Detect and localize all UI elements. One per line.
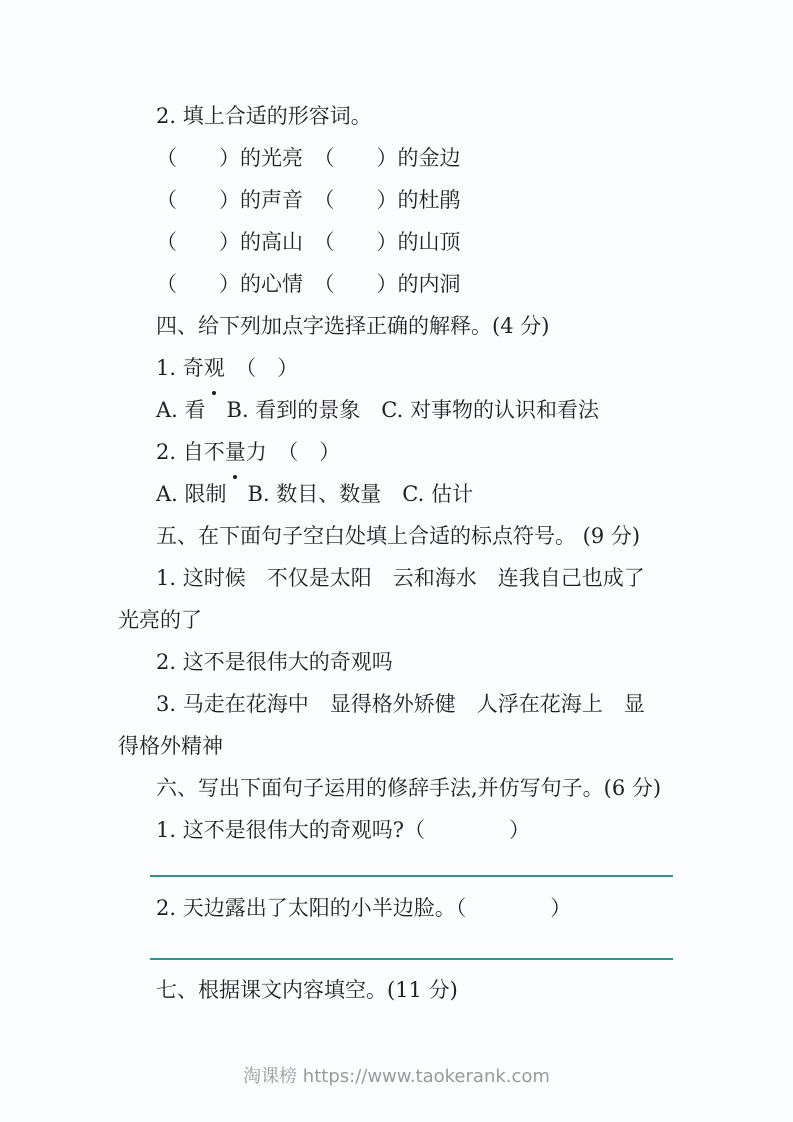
section5-question1: 1. 这时候 不仅是太阳 云和海水 连我自己也成了	[118, 557, 681, 599]
answer-parens: （ ）	[225, 356, 299, 380]
section5-question2: 2. 这不是很伟大的奇观吗	[118, 641, 681, 683]
section5-question3-continuation: 得格外精神	[118, 725, 681, 767]
answer-blank-line	[150, 875, 673, 877]
watermark-site-url: https://www.taokerank.com	[303, 1066, 550, 1087]
dotted-char: 观	[204, 347, 225, 389]
fill-adjectives-row: （ ）的声音 （ ）的杜鹃	[118, 179, 681, 221]
section5-heading: 五、在下面句子空白处填上合适的标点符号。 (9 分)	[118, 515, 681, 557]
answer-blank-line	[150, 958, 673, 960]
worksheet-content: 2. 填上合适的形容词。 （ ）的光亮 （ ）的金边 （ ）的声音 （ ）的杜鹃…	[118, 95, 681, 1011]
fill-adjectives-row: （ ）的光亮 （ ）的金边	[118, 137, 681, 179]
watermark-site-name: 淘课榜	[243, 1066, 297, 1087]
question-text: 1. 奇	[156, 356, 204, 380]
section4-question1-options: A. 看 B. 看到的景象 C. 对事物的认识和看法	[118, 389, 681, 431]
section4-question1: 1. 奇观 （ ）	[118, 347, 681, 389]
worksheet-page: 2. 填上合适的形容词。 （ ）的光亮 （ ）的金边 （ ）的声音 （ ）的杜鹃…	[0, 0, 793, 1122]
fill-adjectives-row: （ ）的心情 （ ）的内洞	[118, 263, 681, 305]
section7-heading: 七、根据课文内容填空。(11 分)	[118, 969, 681, 1011]
fill-adjectives-heading: 2. 填上合适的形容词。	[118, 95, 681, 137]
fill-adjectives-row: （ ）的高山 （ ）的山顶	[118, 221, 681, 263]
watermark-footer: 淘课榜 https://www.taokerank.com	[0, 1065, 793, 1089]
section6-question2: 2. 天边露出了太阳的小半边脸。（ ）	[118, 887, 681, 929]
section4-question2: 2. 自不量力 （ ）	[118, 431, 681, 473]
section6-question1: 1. 这不是很伟大的奇观吗?（ ）	[118, 809, 681, 851]
answer-parens: 力 （ ）	[246, 440, 341, 464]
section6-heading: 六、写出下面句子运用的修辞手法,并仿写句子。(6 分)	[118, 767, 681, 809]
section5-question1-continuation: 光亮的了	[118, 599, 681, 641]
section4-question2-options: A. 限制 B. 数目、数量 C. 估计	[118, 473, 681, 515]
dotted-char: 量	[225, 431, 246, 473]
section4-heading: 四、给下列加点字选择正确的解释。(4 分)	[118, 305, 681, 347]
question-text: 2. 自不	[156, 440, 225, 464]
section5-question3: 3. 马走在花海中 显得格外矫健 人浮在花海上 显	[118, 683, 681, 725]
